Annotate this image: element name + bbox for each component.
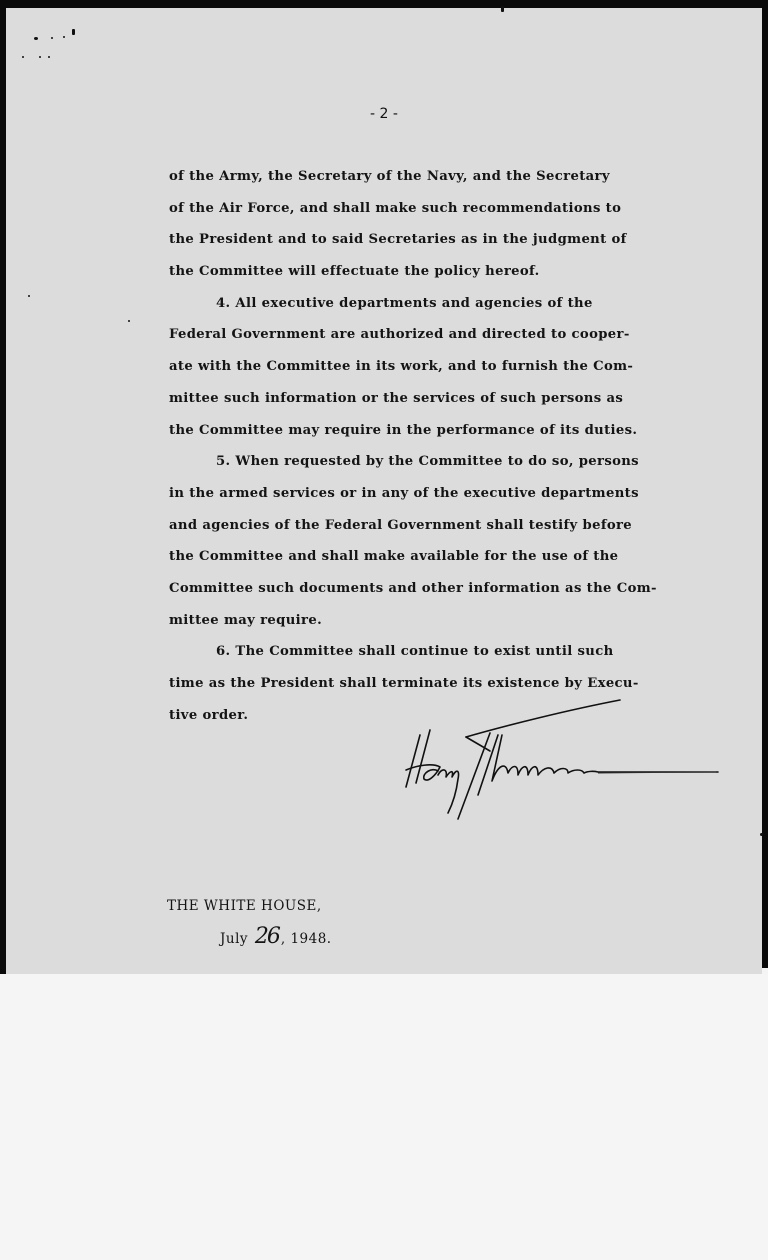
text-line: in the armed services or in any of the e…	[169, 483, 689, 515]
closing-date: July 26, 1948.	[167, 924, 332, 949]
scan-speck	[48, 56, 50, 58]
text-line: of the Air Force, and shall make such re…	[169, 198, 689, 230]
text-line: mittee such information or the services …	[169, 388, 689, 420]
scan-speck	[501, 6, 504, 12]
paragraph-6-start: 6. The Committee shall continue to exist…	[169, 641, 689, 673]
text-line: the Committee will effectuate the policy…	[169, 261, 689, 293]
scan-border-top	[0, 0, 768, 8]
scan-speck	[51, 37, 53, 39]
text-line: and agencies of the Federal Government s…	[169, 515, 689, 547]
text-line: of the Army, the Secretary of the Navy, …	[169, 166, 689, 198]
paragraph-5-start: 5. When requested by the Committee to do…	[169, 451, 689, 483]
date-day-handwritten: 26	[255, 924, 279, 949]
blank-area	[0, 974, 768, 1260]
signature	[398, 695, 728, 825]
scan-speck	[22, 56, 24, 58]
closing-place: THE WHITE HOUSE,	[167, 898, 332, 914]
scan-speck	[28, 295, 30, 297]
text-line: Federal Government are authorized and di…	[169, 324, 689, 356]
text-line: the President and to said Secretaries as…	[169, 229, 689, 261]
scan-speck	[72, 29, 75, 35]
scan-speck	[34, 37, 38, 40]
text-line: the Committee may require in the perform…	[169, 420, 689, 452]
text-line: mittee may require.	[169, 610, 689, 642]
scan-speck	[63, 36, 65, 38]
scan-speck	[39, 56, 41, 58]
closing-block: THE WHITE HOUSE, July 26, 1948.	[167, 898, 332, 949]
date-year: , 1948.	[281, 931, 332, 947]
page-number: - 2 -	[0, 106, 768, 122]
scan-speck	[760, 833, 763, 836]
document-body: of the Army, the Secretary of the Navy, …	[169, 166, 689, 736]
paragraph-4-start: 4. All executive departments and agencie…	[169, 293, 689, 325]
scan-border-right	[762, 0, 768, 968]
text-line: ate with the Committee in its work, and …	[169, 356, 689, 388]
text-line: the Committee and shall make available f…	[169, 546, 689, 578]
text-line: Committee such documents and other infor…	[169, 578, 689, 610]
scan-speck	[128, 320, 130, 322]
date-month: July	[220, 931, 248, 947]
